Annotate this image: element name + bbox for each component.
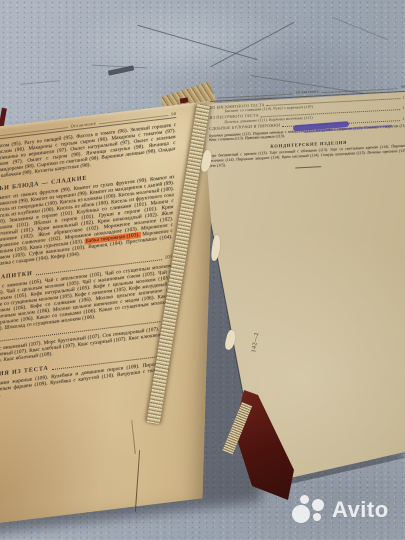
- avito-logo-dot: [313, 513, 321, 521]
- avito-watermark: Avito: [290, 491, 402, 533]
- concrete-scratch: [332, 17, 388, 41]
- concrete-scratch: [20, 80, 60, 85]
- page-number: 99: [401, 85, 405, 90]
- running-header-title: Оглавление: [296, 89, 319, 95]
- concrete-scratch: [210, 22, 295, 68]
- running-header-title: Оглавление: [71, 121, 97, 129]
- header-rule: [322, 88, 398, 93]
- page-number: 98: [171, 111, 176, 117]
- left-page: Оглавление 98 рисом (95). Рагу из овощей…: [0, 100, 214, 526]
- avito-wordmark: Avito: [332, 497, 389, 523]
- avito-logo-dot: [300, 495, 309, 504]
- header-rule: [0, 127, 68, 136]
- avito-logo-dot: [312, 499, 324, 511]
- left-page-text: Оглавление 98 рисом (95). Рагу из овощей…: [0, 100, 214, 526]
- photo-scene: Оглавление 98 рисом (95). Рагу из овощей…: [0, 0, 405, 540]
- page-number: 105: [165, 255, 173, 261]
- header-rule: [217, 93, 293, 98]
- right-page-text: Оглавление 99 ИЗ БИСКВИТНОГО ТЕСТА 110 Б…: [208, 85, 405, 173]
- concrete-scratch: [108, 65, 134, 75]
- avito-logo-dot: [292, 505, 310, 523]
- concrete-scratch: [137, 25, 258, 61]
- header-rule: [99, 115, 168, 124]
